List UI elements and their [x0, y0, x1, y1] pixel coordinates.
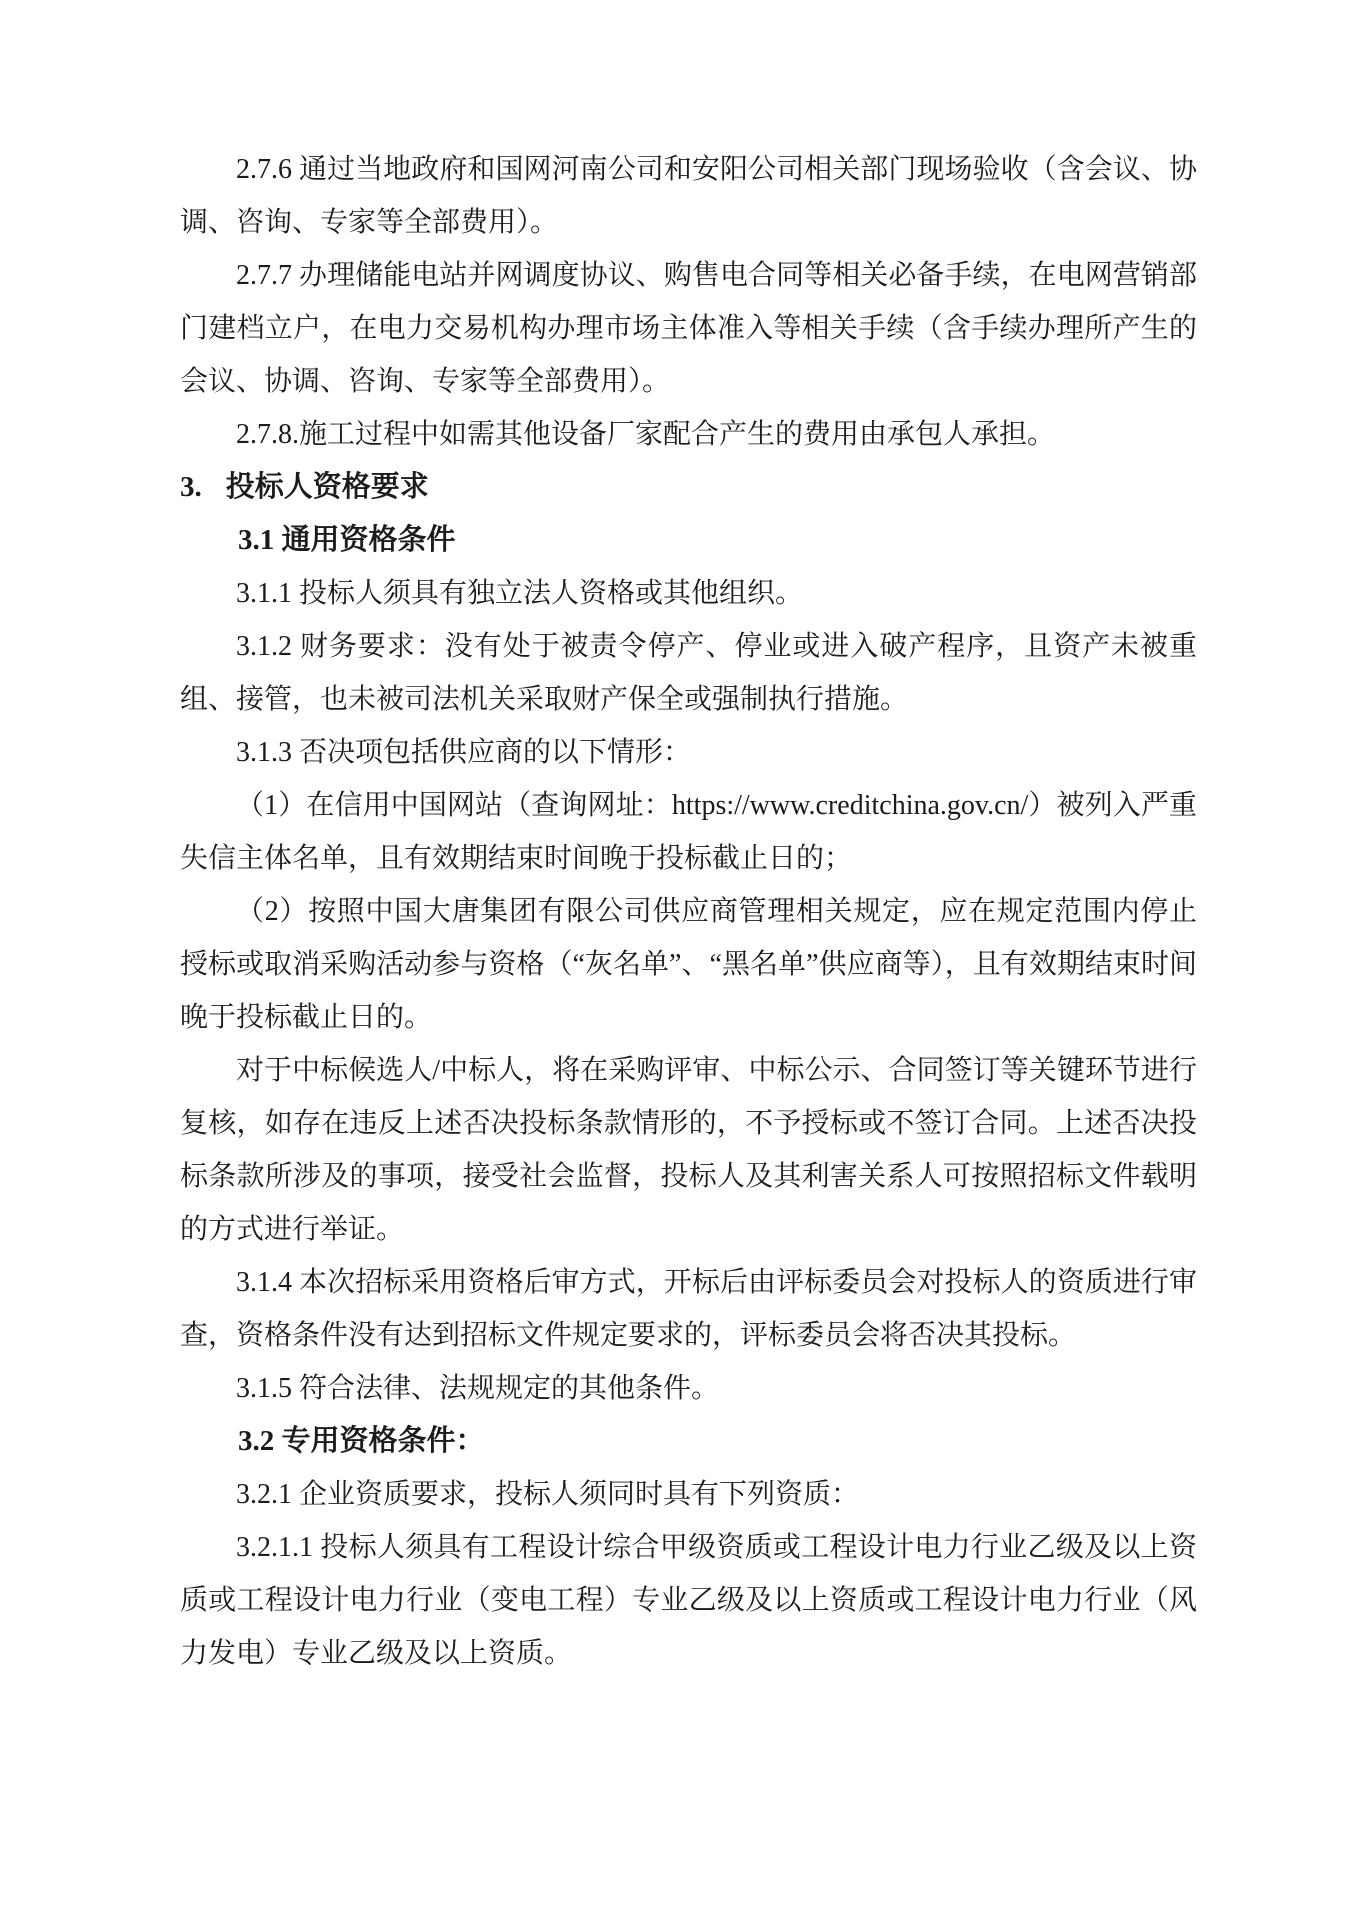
document-page: 2.7.6 通过当地政府和国网河南公司和安阳公司相关部门现场验收（含会议、协调、…	[0, 0, 1357, 1920]
paragraph: 3.2.1 企业资质要求，投标人须同时具有下列资质：	[180, 1468, 1197, 1521]
paragraph: （1）在信用中国网站（查询网址：https://www.creditchina.…	[180, 779, 1197, 885]
paragraph: 2.7.6 通过当地政府和国网河南公司和安阳公司相关部门现场验收（含会议、协调、…	[180, 143, 1197, 249]
document-body: 2.7.6 通过当地政府和国网河南公司和安阳公司相关部门现场验收（含会议、协调、…	[180, 143, 1197, 1680]
heading-number: 3.	[180, 461, 202, 514]
heading-text: 投标人资格要求	[226, 471, 429, 503]
paragraph: 3.1.2 财务要求：没有处于被责令停产、停业或进入破产程序，且资产未被重组、接…	[180, 620, 1197, 726]
paragraph: 3.1.4 本次招标采用资格后审方式，开标后由评标委员会对投标人的资质进行审查，…	[180, 1256, 1197, 1362]
paragraph: 3.1.3 否决项包括供应商的以下情形：	[180, 726, 1197, 779]
paragraph: 2.7.7 办理储能电站并网调度协议、购售电合同等相关必备手续，在电网营销部门建…	[180, 249, 1197, 408]
paragraph: 3.1.5 符合法律、法规规定的其他条件。	[180, 1362, 1197, 1415]
paragraph: 3.1.1 投标人须具有独立法人资格或其他组织。	[180, 567, 1197, 620]
section-heading: 3.1 通用资格条件	[180, 514, 1197, 567]
section-heading: 3.投标人资格要求	[180, 461, 1197, 514]
paragraph: 2.7.8.施工过程中如需其他设备厂家配合产生的费用由承包人承担。	[180, 408, 1197, 461]
paragraph: 对于中标候选人/中标人，将在采购评审、中标公示、合同签订等关键环节进行复核，如存…	[180, 1044, 1197, 1256]
section-heading: 3.2 专用资格条件：	[180, 1415, 1197, 1468]
paragraph: 3.2.1.1 投标人须具有工程设计综合甲级资质或工程设计电力行业乙级及以上资质…	[180, 1521, 1197, 1680]
paragraph: （2）按照中国大唐集团有限公司供应商管理相关规定，应在规定范围内停止授标或取消采…	[180, 885, 1197, 1044]
